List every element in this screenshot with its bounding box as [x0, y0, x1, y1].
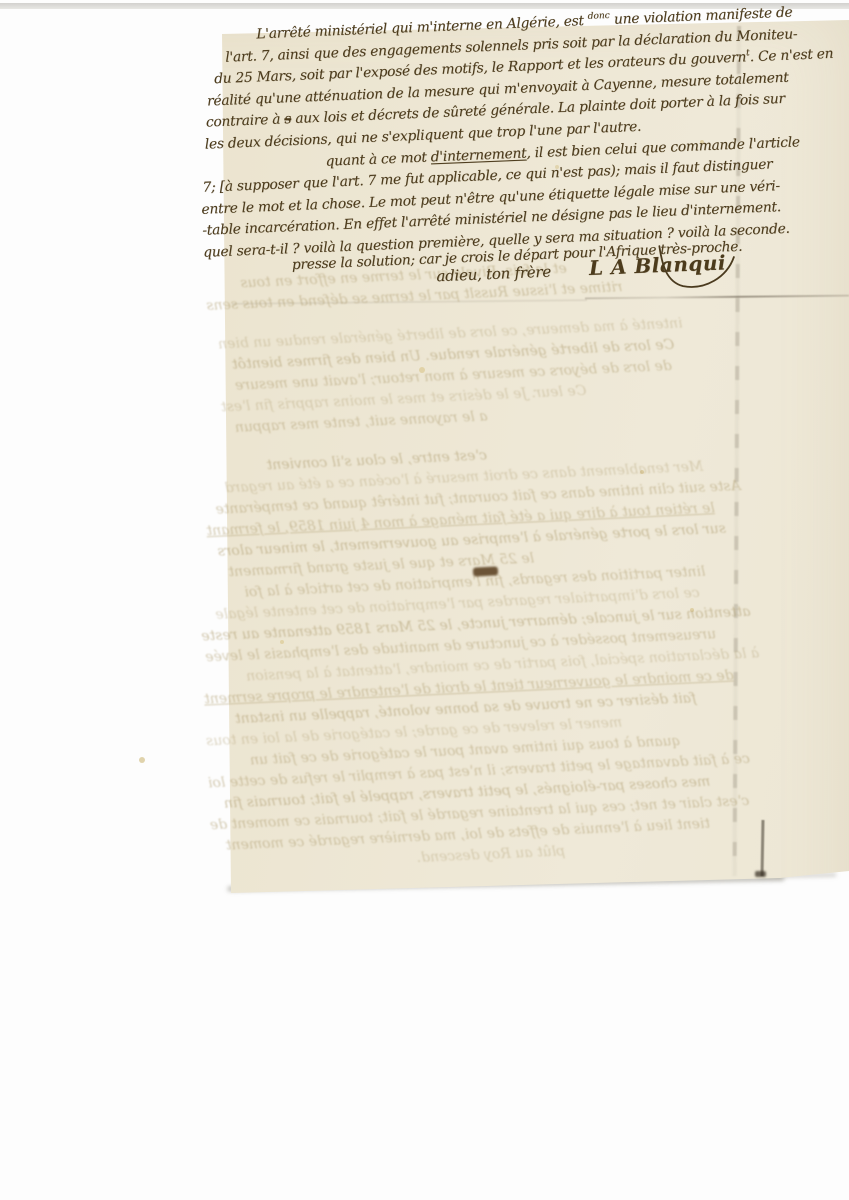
edge-dark-mark — [755, 871, 766, 877]
letter-body: L'arrêté ministériel qui m'interne en Al… — [194, 2, 814, 280]
letter-text: L'arrêté ministériel qui m'interne en Al… — [194, 2, 815, 296]
signature-flourish — [651, 241, 745, 297]
bleedthrough-text: et la fois, Rivale sur le terme en effor… — [185, 249, 817, 879]
ink-blob — [473, 566, 498, 576]
closing-salutation: adieu, ton frère — [436, 263, 551, 286]
scan-background: { "document": { "kind": "Scanned handwri… — [0, 0, 849, 1200]
